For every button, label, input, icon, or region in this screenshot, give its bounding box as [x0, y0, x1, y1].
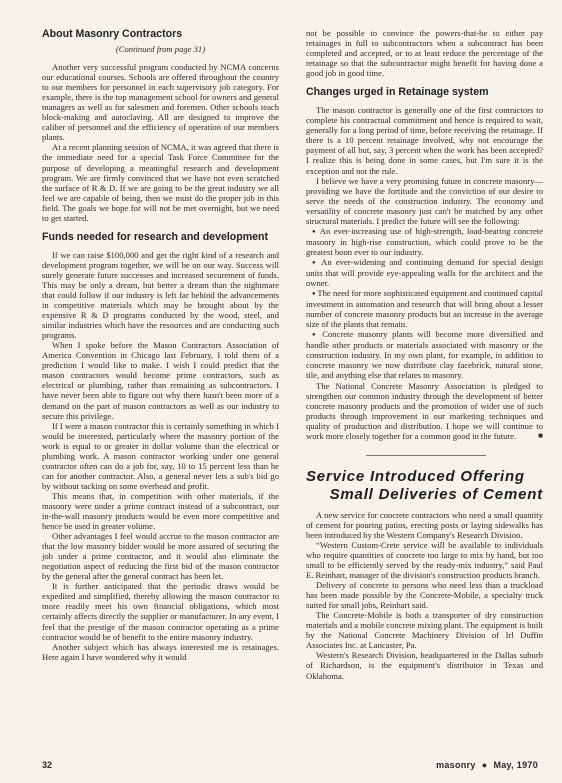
continued-note: (Continued from page 31)	[42, 44, 279, 54]
paragraph: Delivery of concrete to persons who need…	[306, 580, 543, 610]
article-heading: About Masonry Contractors	[42, 28, 279, 40]
bullet-separator-icon: ●	[482, 760, 488, 770]
bullet-item: The need for more sophisticated equipmen…	[306, 288, 543, 329]
bullet-item: An ever-widening and continuing demand f…	[306, 257, 543, 288]
paragraph: This means that, in competition with oth…	[42, 491, 279, 531]
title-line-2: Small Deliveries of Cement	[306, 486, 543, 504]
paragraph: If we can raise $100,000 and get the rig…	[42, 250, 279, 340]
paragraph: Another subject which has always interes…	[42, 642, 279, 662]
page-number: 32	[42, 760, 52, 770]
right-column: not be possible to convince the powers-t…	[306, 28, 543, 681]
paragraph: It is further anticipated that the perio…	[42, 581, 279, 641]
divider	[366, 455, 486, 456]
magazine-page: About Masonry Contractors (Continued fro…	[0, 0, 562, 783]
footer-publication: masonry●May, 1970	[436, 760, 538, 770]
section-subheading: Changes urged in Retainage system	[306, 86, 543, 98]
paragraph: When I spoke before the Mason Contractor…	[42, 340, 279, 420]
paragraph: A new service for concrete contractors w…	[306, 510, 543, 540]
paragraph: Western's Research Division, headquarter…	[306, 650, 543, 680]
closing-paragraph: The National Concrete Masonry Associatio…	[306, 381, 543, 441]
paragraph: not be possible to convince the powers-t…	[306, 28, 543, 78]
paragraph: “Western Custom-Crete service will be av…	[306, 540, 543, 580]
paragraph: At a recent planning session of NCMA, it…	[42, 142, 279, 222]
closing-text: The National Concrete Masonry Associatio…	[306, 381, 543, 441]
section-subheading: Funds needed for research and developmen…	[42, 231, 279, 243]
paragraph: The Concrete-Mobile is both a transporte…	[306, 610, 543, 650]
paragraph: The mason contractor is generally one of…	[306, 105, 543, 175]
paragraph: I believe we have a very promising futur…	[306, 176, 543, 226]
bullet-item: An ever-increasing use of high-strength,…	[306, 226, 543, 257]
title-line-1: Service Introduced Offering	[306, 468, 525, 485]
left-column: About Masonry Contractors (Continued fro…	[42, 28, 279, 662]
article-title: Service Introduced Offering Small Delive…	[306, 468, 543, 504]
paragraph: Other advantages I feel would accrue to …	[42, 531, 279, 581]
issue-date: May, 1970	[493, 760, 538, 770]
bullet-item: Concrete masonry plants will become more…	[306, 329, 543, 380]
publication-name: masonry	[436, 760, 476, 770]
paragraph: Another very successful program conducte…	[42, 62, 279, 142]
paragraph: If I were a mason contractor this is cer…	[42, 421, 279, 491]
end-of-article-icon: ■	[528, 431, 543, 441]
